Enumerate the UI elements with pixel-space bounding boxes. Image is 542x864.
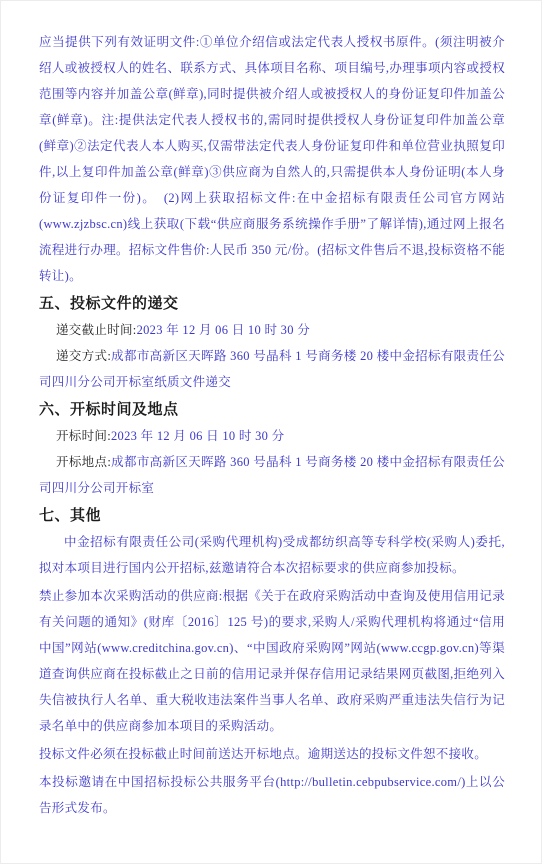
bid-opening-time-value: 2023 年 12 月 06 日 10 时 30 分 — [111, 429, 284, 443]
submission-deadline-value: 2023 年 12 月 06 日 10 时 30 分 — [137, 323, 310, 337]
line-submission-deadline: 递交截止时间:2023 年 12 月 06 日 10 时 30 分 — [39, 317, 505, 343]
bid-opening-place-label: 开标地点: — [56, 455, 111, 469]
heading-section-5-bid-submission: 五、投标文件的递交 — [39, 291, 505, 317]
line-bid-opening-time: 开标时间:2023 年 12 月 06 日 10 时 30 分 — [39, 423, 505, 449]
submission-method-label: 递交方式: — [56, 349, 111, 363]
para-credit-record-rules: 禁止参加本次采购活动的供应商:根据《关于在政府采购活动中查询及使用信用记录有关问… — [39, 583, 505, 739]
para-delivery-notice: 投标文件必须在投标截止时间前送达开标地点。逾期送达的投标文件恕不接收。 — [39, 741, 505, 767]
line-bid-opening-place: 开标地点:成都市高新区天晖路 360 号晶科 1 号商务楼 20 楼中金招标有限… — [39, 449, 505, 501]
screenshot-root: { "colors": { "body_text_blue": "#3d39c8… — [0, 0, 542, 864]
heading-section-7-other: 七、其他 — [39, 503, 505, 529]
submission-deadline-label: 递交截止时间: — [56, 323, 137, 337]
heading-section-6-bid-opening: 六、开标时间及地点 — [39, 397, 505, 423]
tender-document-page: 应当提供下列有效证明文件:①单位介绍信或法定代表人授权书原件。(须注明被介绍人或… — [1, 1, 541, 821]
bid-opening-time-label: 开标时间: — [56, 429, 111, 443]
para-announcement-platform: 本投标邀请在中国招标投标公共服务平台(http://bulletin.cebpu… — [39, 769, 505, 821]
para-certificate-requirements: 应当提供下列有效证明文件:①单位介绍信或法定代表人授权书原件。(须注明被介绍人或… — [39, 29, 505, 289]
line-submission-method: 递交方式:成都市高新区天晖路 360 号晶科 1 号商务楼 20 楼中金招标有限… — [39, 343, 505, 395]
para-agency-intro: 中金招标有限责任公司(采购代理机构)受成都纺织高等专科学校(采购人)委托,拟对本… — [39, 529, 505, 581]
